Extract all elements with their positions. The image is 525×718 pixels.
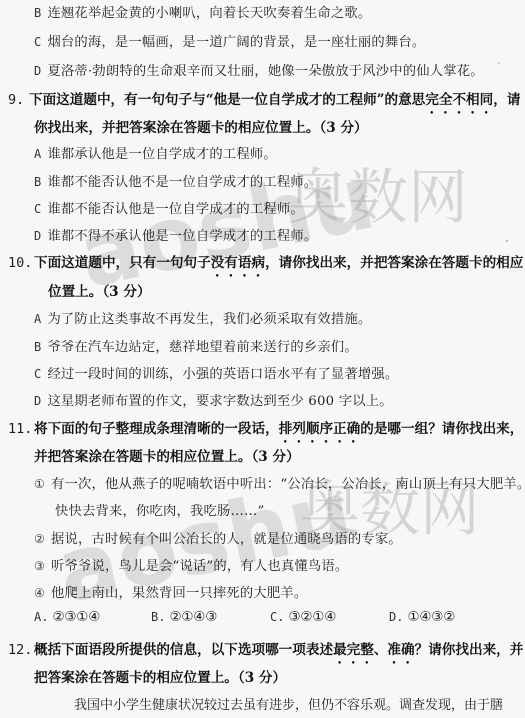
scan-speck bbox=[498, 62, 500, 64]
option-letter: C bbox=[34, 367, 41, 381]
option-letter: D bbox=[34, 229, 41, 243]
emphasized-text: 排列顺序正确 bbox=[279, 421, 361, 437]
q10-option-c: C经过一段时间的训练，小强的英语口语水平有了显著增强。 bbox=[34, 365, 398, 384]
choice-value: ①④③② bbox=[407, 610, 455, 625]
q11-choice-d: D.①④③② bbox=[389, 608, 455, 627]
prompt-text: ，请你找出来，并把答案涂在答题卡的相应 bbox=[265, 255, 523, 271]
q11-sentence-4: ④他爬上南山，果然背回一只摔死的大肥羊。 bbox=[34, 584, 307, 603]
sentence-text: 据说，古时候有个叫公冶长的人，就是位通晓鸟语的专家。 bbox=[51, 532, 402, 547]
sentence-mark: ③ bbox=[34, 559, 45, 573]
question-number-10: 10. bbox=[8, 254, 32, 272]
sentence-text: 听爷爷说，鸟儿是会“说话”的，有人也真懂鸟语。 bbox=[51, 559, 348, 574]
option-text: 夏洛蒂·勃朗特的生命艰辛而又壮丽，她像一朵傲放于风沙中的仙人掌花。 bbox=[47, 64, 483, 79]
option-text: 谁都不得不承认他是一位自学成才的工程师。 bbox=[47, 229, 317, 244]
prompt-text: 下面这道题中，只有一句句子 bbox=[34, 255, 211, 271]
q9-option-c: C谁都不能否认他是一位自学成才的工程师。 bbox=[34, 200, 304, 219]
choice-value: ③②①④ bbox=[288, 610, 336, 625]
emphasized-text: 没有语病 bbox=[211, 255, 265, 271]
option-letter: D bbox=[34, 394, 41, 408]
sentence-mark: ② bbox=[34, 532, 45, 546]
q11-sentence-3: ③听爷爷说，鸟儿是会“说话”的，有人也真懂鸟语。 bbox=[34, 557, 348, 576]
prompt-text: 下面这道题中，有一句句子与“他是一位自学成才的工程师”的意思 bbox=[29, 92, 425, 108]
option-letter: C bbox=[34, 202, 41, 216]
choice-letter: A. bbox=[34, 610, 48, 624]
option-letter: B bbox=[34, 340, 41, 354]
watermark-cn: 奥数网 bbox=[288, 150, 468, 236]
question-10-prompt-cont: 位置上。（3 分） bbox=[48, 283, 151, 301]
choice-letter: D. bbox=[389, 610, 403, 624]
emphasized-text: 最完整、准确 bbox=[333, 642, 415, 658]
prompt-text: ，请 bbox=[493, 92, 520, 108]
question-10-prompt: 下面这道题中，只有一句句子没有语病，请你找出来，并把答案涂在答题卡的相应 bbox=[34, 254, 523, 280]
choice-letter: B. bbox=[151, 610, 165, 624]
q9-option-b: B谁都不能否认他不是一位自学成才的工程师。 bbox=[34, 173, 317, 192]
option-text: 谁都不能否认他是一位自学成才的工程师。 bbox=[47, 202, 303, 217]
emphasized-text: 完全不相同 bbox=[425, 92, 493, 108]
option-letter: B bbox=[34, 6, 41, 20]
q11-sentence-2: ②据说，古时候有个叫公冶长的人，就是位通晓鸟语的专家。 bbox=[34, 530, 402, 549]
choice-value: ②①④③ bbox=[169, 610, 217, 625]
prompt-text: 概括下面语段所提供的信息，以下选项哪一项表述 bbox=[34, 642, 333, 658]
prev-option-b: B连翘花举起金黄的小喇叭，向着长天吹奏着生命之歌。 bbox=[34, 4, 371, 23]
sentence-text: 有一次，他从燕子的呢喃软语中听出：“公冶长，公冶长，南山顶上有只大肥羊。 bbox=[51, 477, 525, 492]
q11-sentence-1-cont: 快快去背来，你吃肉，我吃肠……” bbox=[55, 503, 264, 521]
option-letter: B bbox=[34, 175, 41, 189]
question-9-prompt-cont: 你找出来，并把答案涂在答题卡的相应位置上。（3 分） bbox=[34, 119, 368, 137]
q11-sentence-1: ①有一次，他从燕子的呢喃软语中听出：“公冶长，公冶长，南山顶上有只大肥羊。 bbox=[34, 475, 525, 494]
option-text: 爷爷在汽车边站定，慈祥地望着前来送行的乡亲们。 bbox=[47, 340, 357, 355]
option-letter: A bbox=[34, 147, 41, 161]
option-letter: D bbox=[34, 64, 41, 78]
prompt-text: 的是哪一组？请你找出来， bbox=[360, 421, 523, 437]
question-number-12: 12. bbox=[8, 641, 32, 659]
q10-option-b: B爷爷在汽车边站定，慈祥地望着前来送行的乡亲们。 bbox=[34, 338, 358, 357]
question-9-prompt: 下面这道题中，有一句句子与“他是一位自学成才的工程师”的意思完全不相同，请 bbox=[29, 91, 520, 117]
q10-option-a: A为了防止这类事故不再发生，我们必须采取有效措施。 bbox=[34, 310, 371, 329]
q9-option-d: D谁都不得不承认他是一位自学成才的工程师。 bbox=[34, 227, 317, 246]
option-text: 烟台的海，是一幅画，是一道广阔的背景，是一座壮丽的舞台。 bbox=[47, 35, 425, 50]
option-letter: C bbox=[34, 35, 41, 49]
question-11-prompt-cont: 并把答案涂在答题卡的相应位置上。（3 分） bbox=[34, 448, 300, 466]
prompt-text: 将下面的句子整理成条理清晰的一段话， bbox=[34, 421, 279, 437]
option-text: 这星期老师布置的作文，要求字数达到至少 600 字以上。 bbox=[47, 394, 392, 409]
option-text: 经过一段时间的训练，小强的英语口语水平有了显著增强。 bbox=[47, 367, 398, 382]
prev-option-d: D夏洛蒂·勃朗特的生命艰辛而又壮丽，她像一朵傲放于风沙中的仙人掌花。 bbox=[34, 62, 484, 81]
prompt-text: ？请你找出来，并 bbox=[415, 642, 524, 658]
q11-choice-a: A.②③①④ bbox=[34, 608, 100, 627]
sentence-mark: ④ bbox=[34, 586, 45, 600]
choice-value: ②③①④ bbox=[52, 610, 100, 625]
option-text: 连翘花举起金黄的小喇叭，向着长天吹奏着生命之歌。 bbox=[47, 6, 371, 21]
option-text: 谁都不能否认他不是一位自学成才的工程师。 bbox=[47, 175, 317, 190]
scan-speck bbox=[506, 240, 508, 242]
exam-page: aoshu 奥数网 aoshu 奥数网 B连翘花举起金黄的小喇叭，向着长天吹奏着… bbox=[0, 0, 525, 718]
q9-option-a: A谁都承认他是一位自学成才的工程师。 bbox=[34, 145, 277, 164]
question-number-9: 9. bbox=[8, 91, 24, 109]
option-letter: A bbox=[34, 312, 41, 326]
q11-choice-c: C.③②①④ bbox=[270, 608, 336, 627]
sentence-text: 他爬上南山，果然背回一只摔死的大肥羊。 bbox=[51, 586, 307, 601]
choice-letter: C. bbox=[270, 610, 284, 624]
option-text: 为了防止这类事故不再发生，我们必须采取有效措施。 bbox=[47, 312, 371, 327]
question-11-prompt: 将下面的句子整理成条理清晰的一段话，排列顺序正确的是哪一组？请你找出来， bbox=[34, 420, 523, 446]
option-text: 谁都承认他是一位自学成才的工程师。 bbox=[47, 147, 276, 162]
q10-option-d: D这星期老师布置的作文，要求字数达到至少 600 字以上。 bbox=[34, 392, 393, 411]
question-12-prompt: 概括下面语段所提供的信息，以下选项哪一项表述最完整、准确？请你找出来，并 bbox=[34, 641, 523, 667]
q11-choice-b: B.②①④③ bbox=[151, 608, 217, 627]
sentence-mark: ① bbox=[34, 477, 45, 491]
q12-passage: 我国中小学生健康状况较过去虽有进步，但仍不容乐观。调查发现，由于膳 bbox=[74, 697, 503, 715]
question-number-11: 11. bbox=[8, 420, 32, 438]
prev-option-c: C烟台的海，是一幅画，是一道广阔的背景，是一座壮丽的舞台。 bbox=[34, 33, 425, 52]
question-12-prompt-cont: 把答案涂在答题卡的相应位置上。（3 分） bbox=[34, 669, 286, 687]
q11-answer-choices: A.②③①④ B.②①④③ C.③②①④ D.①④③② bbox=[34, 608, 504, 628]
